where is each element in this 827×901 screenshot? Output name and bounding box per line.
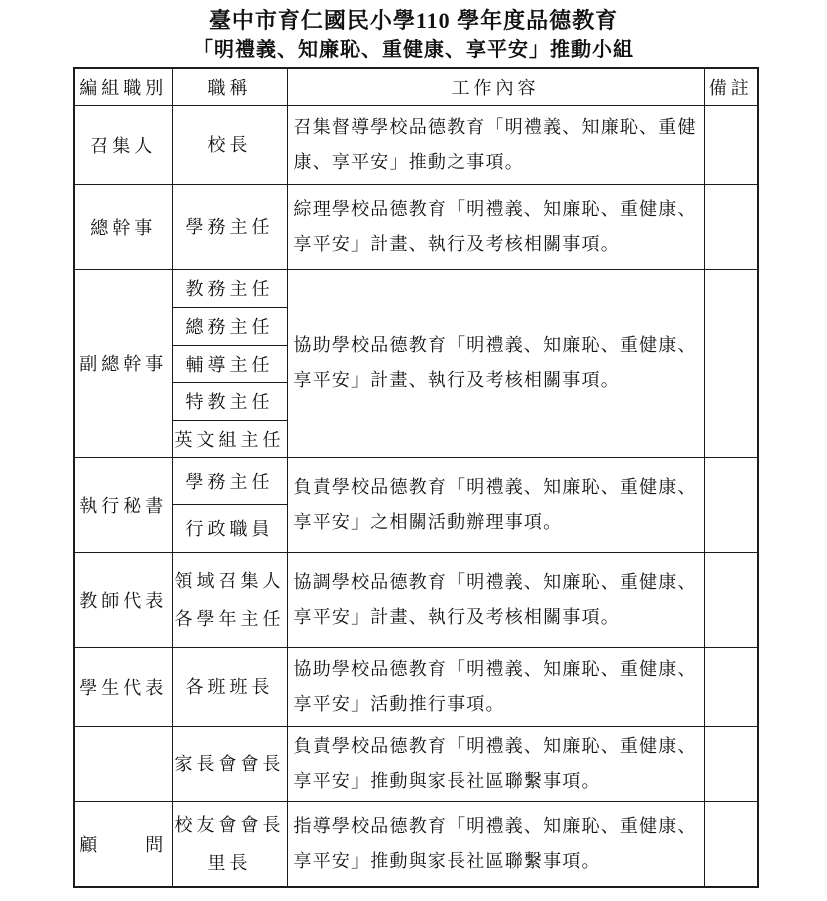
title-line: 家長會會長 — [173, 745, 287, 783]
duty-cell: 召集督導學校品德教育「明禮義、知廉恥、重健康、享平安」推動之事項。 — [287, 105, 704, 184]
title-cell: 校友會會長里長 — [172, 801, 287, 887]
title-line: 校長 — [173, 126, 287, 164]
duty-line: 負責學校品德教育「明禮義、知廉恥、重健康、 — [294, 729, 700, 764]
page-subtitle: 「明禮義、知廉恥、重健康、享平安」推動小組 — [0, 37, 827, 63]
header-note: 備註 — [704, 68, 758, 105]
title-line: 里長 — [173, 844, 287, 882]
duty-cell: 協助學校品德教育「明禮義、知廉恥、重健康、享平安」計畫、執行及考核相關事項。 — [287, 269, 704, 457]
page-title: 臺中市育仁國民小學110 學年度品德教育 — [0, 7, 827, 35]
duty-line: 協助學校品德教育「明禮義、知廉恥、重健康、 — [294, 328, 700, 363]
title-line: 各學年主任 — [173, 600, 287, 638]
duty-line: 協調學校品德教育「明禮義、知廉恥、重健康、 — [294, 565, 700, 600]
note-cell — [704, 726, 758, 801]
title-cell: 行政職員 — [172, 504, 287, 552]
title-line: 校友會會長 — [173, 806, 287, 844]
title-cell: 教務主任 — [172, 269, 287, 307]
duty-line: 享平安」推動與家長社區聯繫事項。 — [294, 764, 700, 799]
role-cell: 總幹事 — [74, 184, 172, 269]
duty-line: 享平安」計畫、執行及考核相關事項。 — [294, 227, 700, 262]
role-cell: 副總幹事 — [74, 269, 172, 457]
table-row: 顧 問校友會會長里長指導學校品德教育「明禮義、知廉恥、重健康、享平安」推動與家長… — [74, 801, 758, 887]
table-row: 總幹事學務主任綜理學校品德教育「明禮義、知廉恥、重健康、享平安」計畫、執行及考核… — [74, 184, 758, 269]
role-cell: 執行秘書 — [74, 457, 172, 552]
table-row: 學生代表各班班長協助學校品德教育「明禮義、知廉恥、重健康、享平安」活動推行事項。 — [74, 647, 758, 726]
duty-line: 享平安」計畫、執行及考核相關事項。 — [294, 363, 700, 398]
duty-line: 綜理學校品德教育「明禮義、知廉恥、重健康、 — [294, 192, 700, 227]
note-cell — [704, 552, 758, 647]
duty-line: 享平安」之相關活動辦理事項。 — [294, 505, 700, 540]
duty-line: 指導學校品德教育「明禮義、知廉恥、重健康、 — [294, 809, 700, 844]
duty-cell: 指導學校品德教育「明禮義、知廉恥、重健康、享平安」推動與家長社區聯繫事項。 — [287, 801, 704, 887]
role-cell: 教師代表 — [74, 552, 172, 647]
duty-line: 享平安」推動與家長社區聯繫事項。 — [294, 844, 700, 879]
note-cell — [704, 647, 758, 726]
committee-table: 編組職別 職稱 工作內容 備註 召集人校長召集督導學校品德教育「明禮義、知廉恥、… — [73, 67, 759, 888]
note-cell — [704, 184, 758, 269]
table-row: 召集人校長召集督導學校品德教育「明禮義、知廉恥、重健康、享平安」推動之事項。 — [74, 105, 758, 184]
title-cell: 輔導主任 — [172, 345, 287, 382]
role-cell: 召集人 — [74, 105, 172, 184]
duty-line: 享平安」計畫、執行及考核相關事項。 — [294, 600, 700, 635]
header-duty: 工作內容 — [287, 68, 704, 105]
table-row: 教師代表領域召集人各學年主任協調學校品德教育「明禮義、知廉恥、重健康、享平安」計… — [74, 552, 758, 647]
title-cell: 學務主任 — [172, 184, 287, 269]
title-line: 學務主任 — [173, 208, 287, 246]
document-page: 臺中市育仁國民小學110 學年度品德教育 「明禮義、知廉恥、重健康、享平安」推動… — [0, 0, 827, 901]
duty-line: 康、享平安」推動之事項。 — [294, 145, 700, 180]
duty-cell: 綜理學校品德教育「明禮義、知廉恥、重健康、享平安」計畫、執行及考核相關事項。 — [287, 184, 704, 269]
role-cell: 學生代表 — [74, 647, 172, 726]
title-cell: 家長會會長 — [172, 726, 287, 801]
title-cell: 領域召集人各學年主任 — [172, 552, 287, 647]
duty-cell: 協助學校品德教育「明禮義、知廉恥、重健康、享平安」活動推行事項。 — [287, 647, 704, 726]
title-line: 各班班長 — [173, 668, 287, 706]
title-cell: 英文組主任 — [172, 420, 287, 457]
note-cell — [704, 269, 758, 457]
duty-line: 負責學校品德教育「明禮義、知廉恥、重健康、 — [294, 470, 700, 505]
table-row: 副總幹事教務主任協助學校品德教育「明禮義、知廉恥、重健康、享平安」計畫、執行及考… — [74, 269, 758, 307]
header-title: 職稱 — [172, 68, 287, 105]
title-line: 領域召集人 — [173, 562, 287, 600]
header-row: 編組職別 職稱 工作內容 備註 — [74, 68, 758, 105]
duty-line: 召集督導學校品德教育「明禮義、知廉恥、重健 — [294, 110, 700, 145]
note-cell — [704, 457, 758, 552]
duty-cell: 負責學校品德教育「明禮義、知廉恥、重健康、享平安」推動與家長社區聯繫事項。 — [287, 726, 704, 801]
duty-line: 享平安」活動推行事項。 — [294, 687, 700, 722]
table-row: 家長會會長負責學校品德教育「明禮義、知廉恥、重健康、享平安」推動與家長社區聯繫事… — [74, 726, 758, 801]
duty-cell: 協調學校品德教育「明禮義、知廉恥、重健康、享平安」計畫、執行及考核相關事項。 — [287, 552, 704, 647]
title-cell: 總務主任 — [172, 307, 287, 345]
table-row: 執行秘書學務主任負責學校品德教育「明禮義、知廉恥、重健康、享平安」之相關活動辦理… — [74, 457, 758, 504]
title-cell: 校長 — [172, 105, 287, 184]
role-cell: 顧 問 — [74, 801, 172, 887]
note-cell — [704, 105, 758, 184]
title-cell: 各班班長 — [172, 647, 287, 726]
duty-cell: 負責學校品德教育「明禮義、知廉恥、重健康、享平安」之相關活動辦理事項。 — [287, 457, 704, 552]
duty-line: 協助學校品德教育「明禮義、知廉恥、重健康、 — [294, 652, 700, 687]
role-cell — [74, 726, 172, 801]
header-role: 編組職別 — [74, 68, 172, 105]
title-cell: 特教主任 — [172, 382, 287, 420]
title-cell: 學務主任 — [172, 457, 287, 504]
note-cell — [704, 801, 758, 887]
